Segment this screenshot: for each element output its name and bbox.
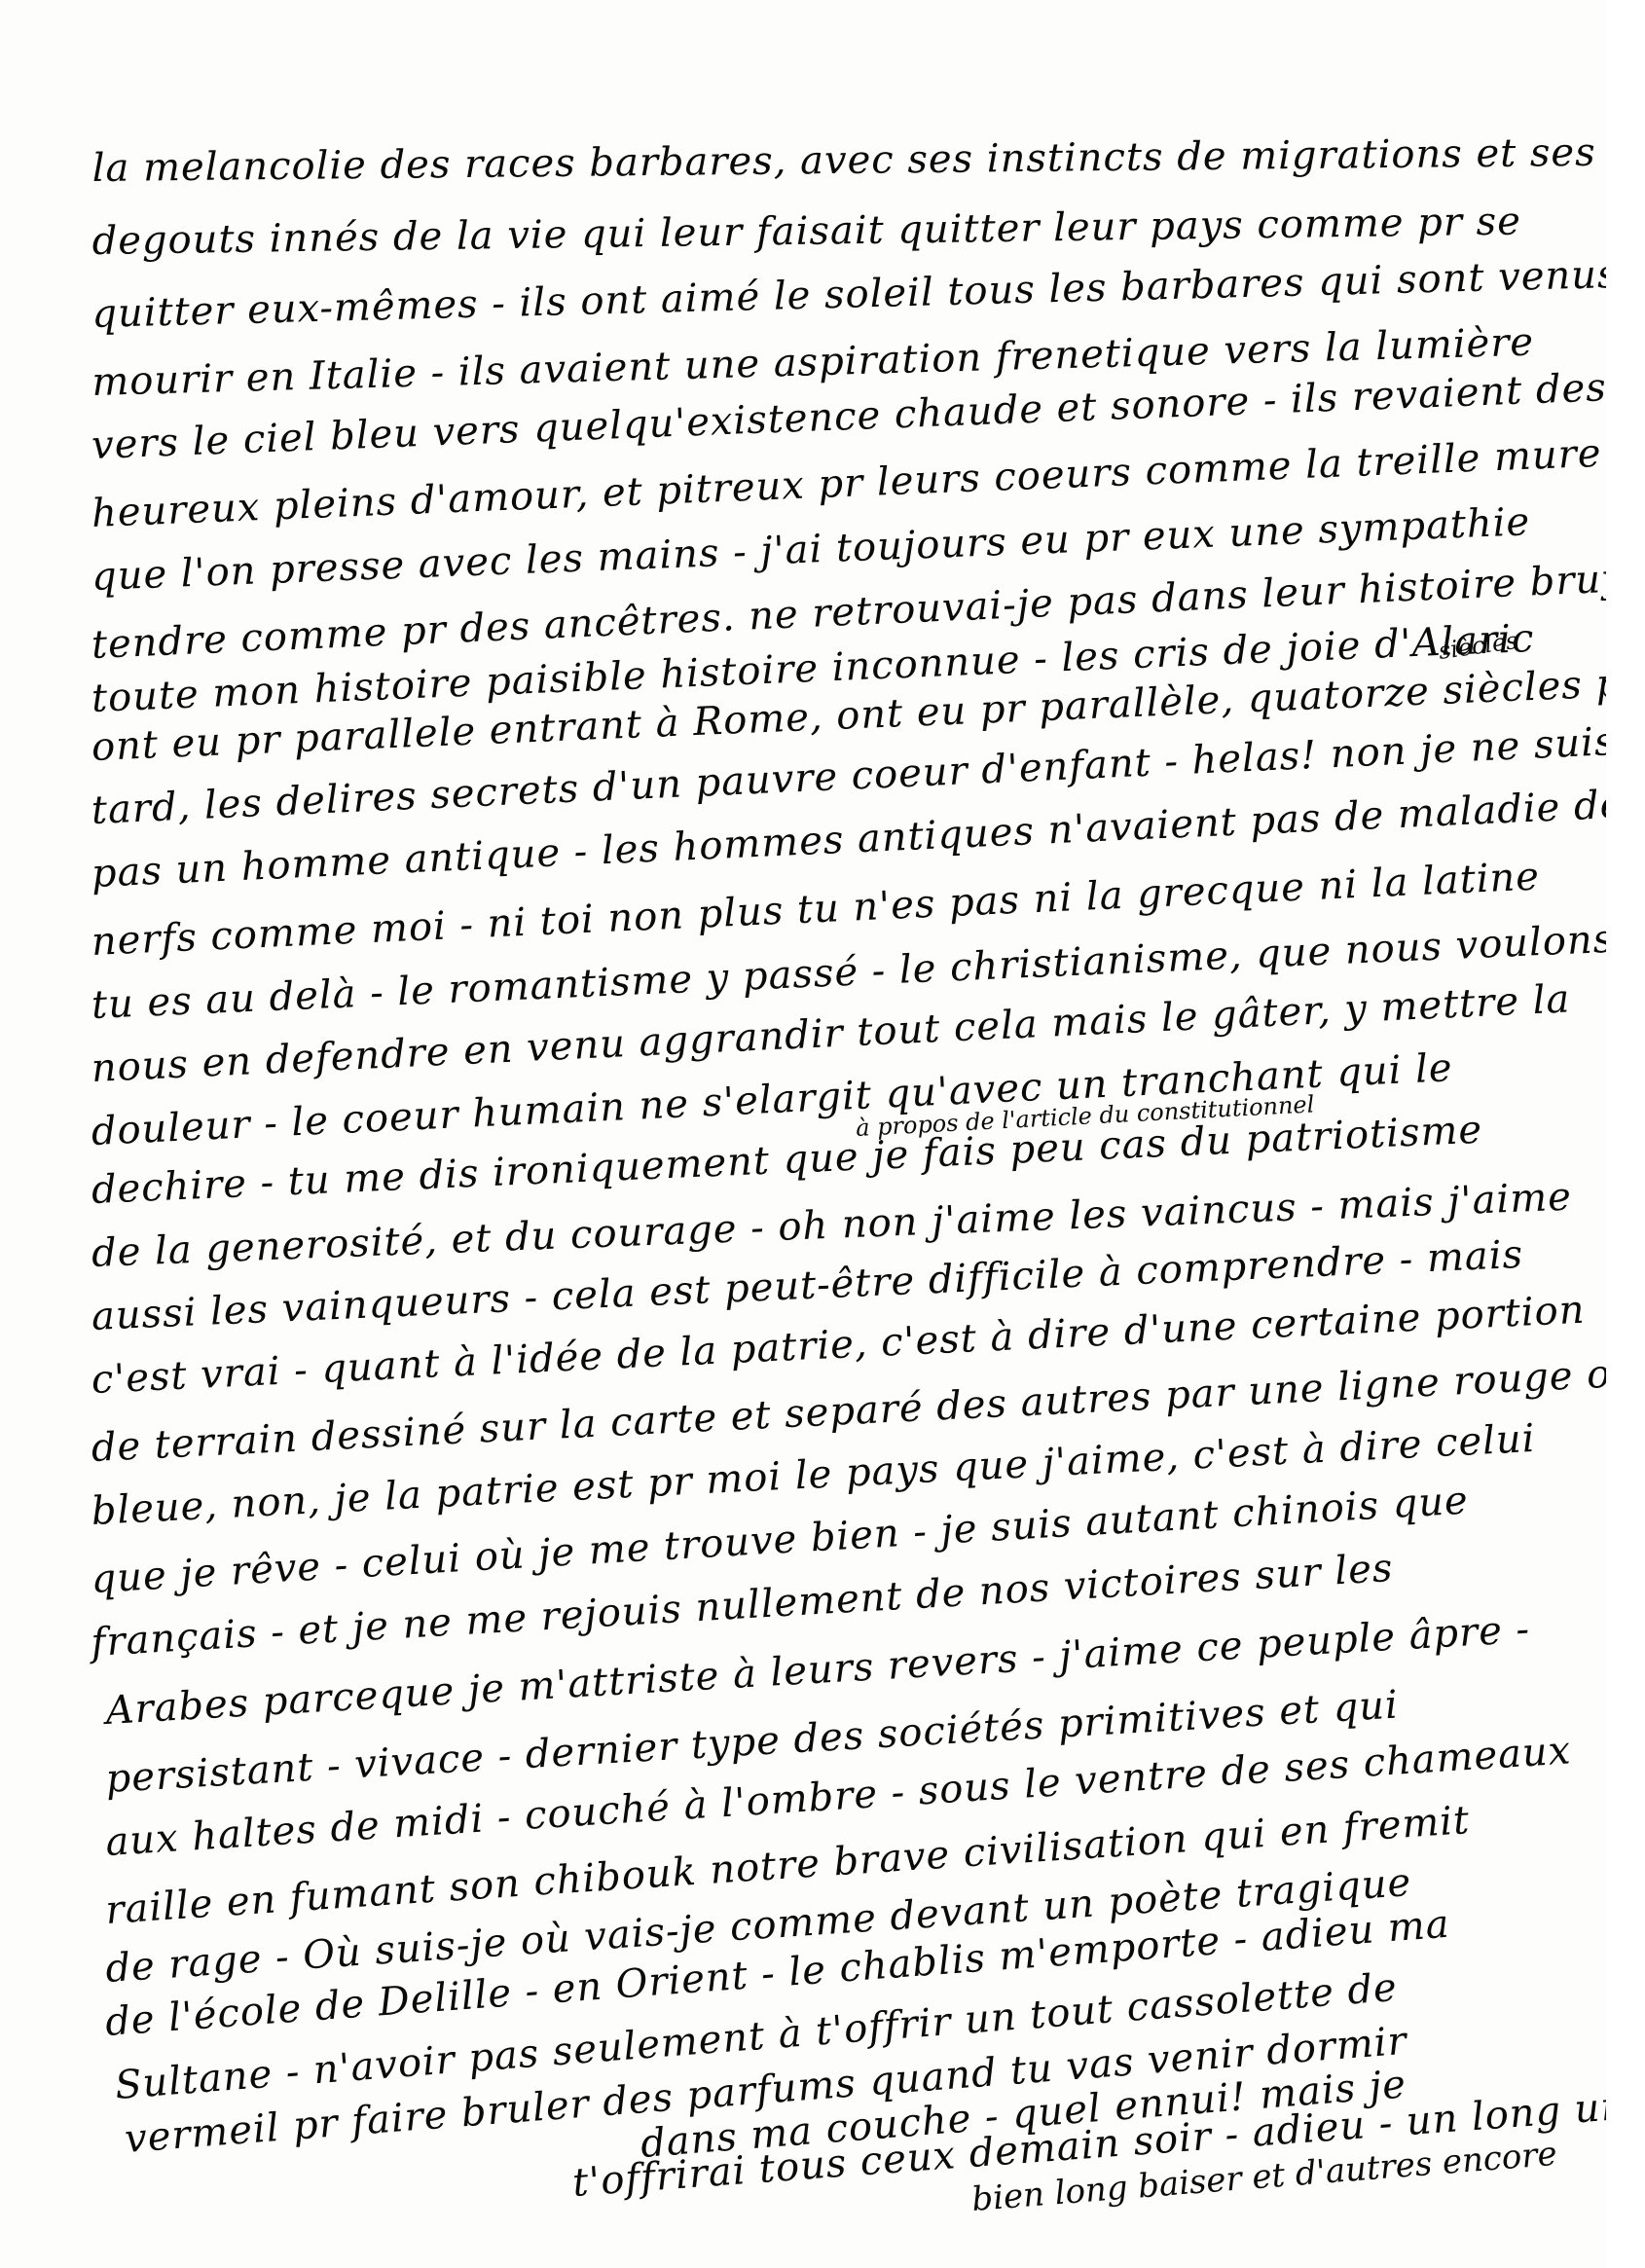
manuscript-line-2: degouts innés de la vie qui leur faisait… — [91, 200, 1521, 264]
manuscript-line-1: la melancolie des races barbares, avec s… — [92, 130, 1596, 191]
page-edge — [1606, 0, 1645, 2268]
manuscript-page: la melancolie des races barbares, avec s… — [0, 0, 1607, 2268]
